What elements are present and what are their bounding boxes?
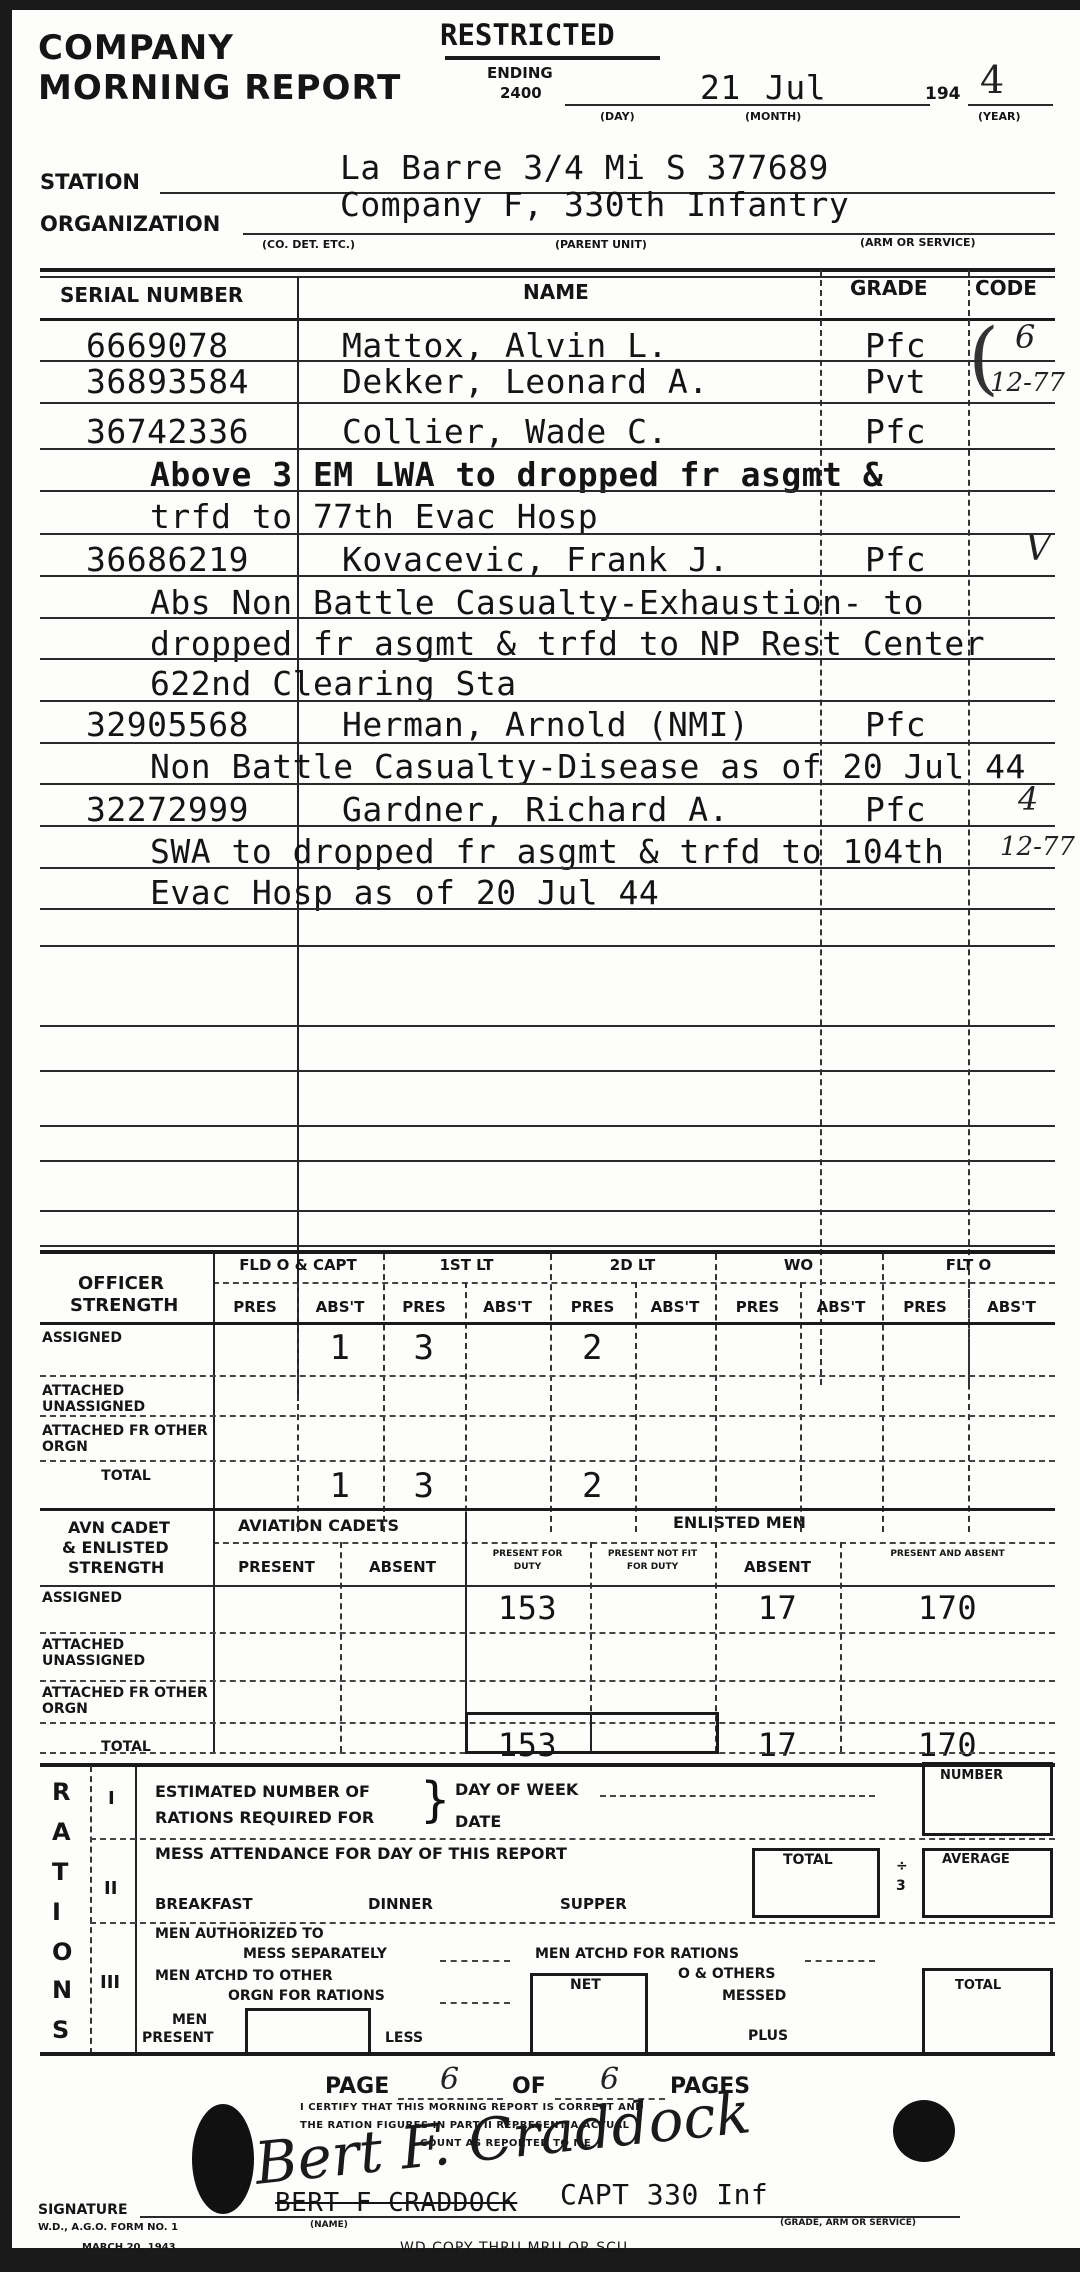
roster-rule <box>40 825 1055 827</box>
classification-stamp: RESTRICTED <box>440 18 615 52</box>
officer-subcol-header: ABS'T <box>297 1298 383 1316</box>
roster-code-1: 6 <box>1015 318 1035 356</box>
officer-row-label: TOTAL <box>42 1468 210 1484</box>
form-id-line-1: W.D., A.G.O. FORM NO. 1 <box>38 2222 178 2233</box>
enlisted-title-2: & ENLISTED <box>62 1538 169 1557</box>
roster-remark-2: trfd to 77th Evac Hosp <box>150 497 598 536</box>
rations-part-divider <box>135 1766 137 2054</box>
month-caption: (MONTH) <box>745 110 801 123</box>
men-authorized-label-1: MEN AUTHORIZED TO <box>155 1926 324 1942</box>
enlisted-row-label: TOTAL <box>42 1727 210 1755</box>
roster-rule <box>40 533 1055 535</box>
day-value: 21 <box>700 68 741 107</box>
officer-group-header: FLT O <box>882 1256 1055 1274</box>
rations-bottom-rule <box>40 2052 1055 2056</box>
supper-label: SUPPER <box>560 1895 627 1913</box>
name-caption: (NAME) <box>310 2220 348 2230</box>
officer-group-header: WO <box>715 1256 882 1274</box>
roster-rule <box>40 908 1055 910</box>
roster-rule <box>40 490 1055 492</box>
part-i-numeral: I <box>108 1788 115 1809</box>
mess-separately-line <box>440 1960 510 1962</box>
roster-code-2: 12-77 <box>990 368 1065 398</box>
roster-grade-6: Pfc <box>865 790 926 829</box>
brace-icon: } <box>420 1776 451 1824</box>
organization-value: Company F, 330th Infantry <box>340 185 849 224</box>
roster-serial-5: 32905568 <box>86 705 249 744</box>
day-of-week-line <box>600 1795 875 1797</box>
enlisted-cell: 170 <box>840 1589 1055 1627</box>
officer-cell: 3 <box>383 1466 465 1506</box>
roster-remark-5: 622nd Clearing Sta <box>150 664 517 703</box>
rations-side-letter: R <box>52 1778 70 1806</box>
mess-total-label: TOTAL <box>783 1852 833 1868</box>
roster-rule <box>40 700 1055 702</box>
officer-row-label: ASSIGNED <box>42 1330 210 1346</box>
officer-subcol-header: ABS'T <box>800 1298 882 1316</box>
roster-rule <box>40 1125 1055 1127</box>
men-atchd-rations-label: MEN ATCHD FOR RATIONS <box>535 1946 739 1962</box>
of-label: OF <box>512 2074 546 2099</box>
year-prefix: 194 <box>925 84 961 104</box>
page-label: PAGE <box>325 2074 389 2099</box>
officer-subcol-header: ABS'T <box>465 1298 550 1316</box>
officer-group-header: 1ST LT <box>383 1256 550 1274</box>
roster-grade-4: Pfc <box>865 540 926 579</box>
day-of-week-label: DAY OF WEEK <box>455 1780 578 1799</box>
mess-attendance-label: MESS ATTENDANCE FOR DAY OF THIS REPORT <box>155 1844 567 1863</box>
men-atchd-rations-line <box>805 1960 875 1962</box>
station-value: La Barre 3/4 Mi S 377689 <box>340 148 829 187</box>
enlisted-men-label: ENLISTED MEN <box>673 1513 806 1532</box>
officer-col-divider <box>635 1282 637 1532</box>
others-label-1: O & OTHERS <box>678 1966 775 1982</box>
co-det-caption: (CO. DET. ETC.) <box>262 238 355 251</box>
roster-rule <box>40 783 1055 785</box>
officer-subcol-header: PRES <box>882 1298 968 1316</box>
rations-side-letter: A <box>52 1818 71 1846</box>
form-title-line2: MORNING REPORT <box>38 68 401 108</box>
roster-remark-7: SWA to dropped fr asgmt & trfd to 104th <box>150 832 944 871</box>
ending-time-label: 2400 <box>500 84 542 102</box>
roster-name-6: Gardner, Richard A. <box>342 790 729 829</box>
officer-group-rule <box>213 1282 1055 1284</box>
officer-cell: 2 <box>550 1466 635 1506</box>
rations-side-letter: S <box>52 2016 69 2044</box>
officer-top-rule <box>40 1250 1055 1254</box>
divide-symbol: ÷ <box>896 1858 908 1874</box>
enlisted-cell: 153 <box>465 1589 590 1627</box>
officer-row-label: ATTACHED UNASSIGNED <box>42 1383 210 1415</box>
year-caption: (YEAR) <box>978 110 1021 123</box>
men-atchd-other-label-1: MEN ATCHD TO OTHER <box>155 1968 333 1984</box>
rations-side-divider <box>90 1766 92 2054</box>
rations-side-letter: I <box>52 1898 61 1926</box>
col-code: CODE <box>975 276 1037 300</box>
organization-line <box>243 233 1055 235</box>
enlisted-cell: 170 <box>840 1726 1055 1764</box>
roster-name-5: Herman, Arnold (NMI) <box>342 705 749 744</box>
others-label-2: MESSED <box>722 1988 786 2004</box>
ending-label: ENDING <box>487 64 553 82</box>
roster-name-3: Collier, Wade C. <box>342 412 668 451</box>
men-present-label-1: MEN <box>172 2012 207 2028</box>
punch-hole-left <box>192 2104 254 2214</box>
officer-col-divider <box>213 1254 215 1532</box>
officer-cell: 2 <box>550 1328 635 1368</box>
roster-remark-1: Above 3 EM LWA to dropped fr asgmt & <box>150 455 883 494</box>
rations-side-letter: N <box>52 1976 72 2004</box>
page-number: 6 <box>440 2062 459 2097</box>
copy-routing-note: WD COPY THRU MRU OR SCU <box>400 2240 628 2256</box>
roster-grade-3: Pfc <box>865 412 926 451</box>
officer-subcol-header: PRES <box>715 1298 800 1316</box>
roster-rule <box>40 1245 1055 1247</box>
enlisted-row-label: ASSIGNED <box>42 1590 210 1606</box>
officer-col-divider <box>968 1282 970 1532</box>
form-id-line-2: MARCH 20, 1943 <box>82 2242 176 2253</box>
officer-col-divider <box>800 1282 802 1532</box>
roster-rule <box>40 742 1055 744</box>
men-atchd-other-label-2: ORGN FOR RATIONS <box>228 1988 385 2004</box>
roster-rule <box>40 1025 1055 1027</box>
roster-divider-code <box>968 270 970 1385</box>
date-line <box>565 104 930 106</box>
officer-col-divider <box>882 1254 884 1532</box>
day-caption: (DAY) <box>600 110 635 123</box>
roster-serial-6: 32272999 <box>86 790 249 829</box>
roster-name-4: Kovacevic, Frank J. <box>342 540 729 579</box>
parent-unit-caption: (PARENT UNIT) <box>555 238 647 251</box>
roster-rule <box>40 360 1055 362</box>
officer-group-header: 2D LT <box>550 1256 715 1274</box>
officer-subcol-header: ABS'T <box>635 1298 715 1316</box>
enlisted-col-header: PRESENT NOT FIT FOR DUTY <box>590 1548 715 1574</box>
men-present-box[interactable] <box>245 2008 371 2056</box>
code-bracket: ( <box>968 318 999 398</box>
enlisted-col-divider <box>840 1542 842 1752</box>
enlisted-row-label: ATTACHED UNASSIGNED <box>42 1637 210 1669</box>
officer-subcol-header: ABS'T <box>968 1298 1055 1316</box>
enlisted-col-header: PRESENT FOR DUTY <box>465 1548 590 1574</box>
roster-divider-grade <box>820 270 822 1385</box>
date-label: DATE <box>455 1812 501 1831</box>
officer-header-rule <box>40 1322 1055 1325</box>
orgn-rations-line <box>440 2002 510 2004</box>
officer-row-rule <box>40 1460 1055 1462</box>
part-i-bottom-rule <box>90 1838 1055 1840</box>
roster-rule <box>40 658 1055 660</box>
roster-name-2: Dekker, Leonard A. <box>342 362 709 401</box>
roster-code-7: 12-77 <box>1000 832 1075 862</box>
officer-strength-title-2: STRENGTH <box>70 1295 178 1316</box>
roster-serial-3: 36742336 <box>86 412 249 451</box>
officer-cell: 1 <box>297 1466 383 1506</box>
roster-code-6: 4 <box>1018 780 1038 818</box>
roster-rule <box>40 1160 1055 1162</box>
roster-header-rule <box>40 318 1055 321</box>
officer-cell: 1 <box>297 1328 383 1368</box>
enlisted-row-label: ATTACHED FR OTHER ORGN <box>42 1685 210 1717</box>
page-number-line <box>398 2098 503 2100</box>
roster-rule <box>40 575 1055 577</box>
enlisted-row-rule <box>40 1680 1055 1682</box>
roster-rule <box>40 867 1055 869</box>
officer-strength-title-1: OFFICER <box>78 1273 164 1294</box>
rations-total-label: TOTAL <box>955 1978 1001 1993</box>
part-ii-numeral: II <box>104 1878 117 1899</box>
officer-col-divider <box>715 1254 717 1532</box>
grade-caption: (GRADE, ARM OR SERVICE) <box>780 2218 916 2228</box>
enlisted-cell: 17 <box>715 1589 840 1627</box>
officer-subcol-header: PRES <box>550 1298 635 1316</box>
roster-rule <box>40 945 1055 947</box>
officer-row-rule <box>40 1508 1055 1511</box>
organization-label: ORGANIZATION <box>40 212 220 236</box>
net-label: NET <box>570 1977 601 1993</box>
roster-rule <box>40 1210 1055 1212</box>
less-label: LESS <box>385 2030 423 2046</box>
divide-by-value: 3 <box>896 1878 906 1894</box>
enlisted-title-1: AVN CADET <box>68 1518 170 1537</box>
enlisted-col-header: PRESENT AND ABSENT <box>840 1548 1055 1561</box>
form-title-line1: COMPANY <box>38 28 234 68</box>
officer-subcol-header: PRES <box>383 1298 465 1316</box>
roster-rule <box>40 1070 1055 1072</box>
signature-label: SIGNATURE <box>38 2202 128 2218</box>
enlisted-header-rule <box>40 1585 1055 1587</box>
average-label: AVERAGE <box>942 1852 1010 1867</box>
col-name: NAME <box>523 280 589 304</box>
part-iii-numeral: III <box>100 1972 120 1993</box>
roster-grade-2: Pvt <box>865 362 926 401</box>
roster-serial-4: 36686219 <box>86 540 249 579</box>
enlisted-title-3: STRENGTH <box>68 1558 164 1577</box>
enlisted-col-header: ABSENT <box>715 1558 840 1576</box>
enlisted-total-present-box <box>465 1712 719 1754</box>
rations-side-letter: T <box>52 1858 68 1886</box>
enlisted-col-header: ABSENT <box>340 1558 465 1576</box>
dinner-label: DINNER <box>368 1895 433 1913</box>
col-grade: GRADE <box>850 276 928 300</box>
men-authorized-label-2: MESS SEPARATELY <box>243 1946 387 1962</box>
roster-grade-5: Pfc <box>865 705 926 744</box>
officer-row-label: ATTACHED FR OTHER ORGN <box>42 1423 210 1455</box>
officer-group-header: FLD O & CAPT <box>213 1256 383 1274</box>
plus-label: PLUS <box>748 2028 788 2044</box>
breakfast-label: BREAKFAST <box>155 1895 253 1913</box>
signer-rank-unit: CAPT 330 Inf <box>560 2178 768 2211</box>
roster-rule <box>40 448 1055 450</box>
officer-cell: 3 <box>383 1328 465 1368</box>
officer-col-divider <box>465 1282 467 1532</box>
signer-typed-name: BERT F CRADDOCK <box>275 2188 517 2218</box>
station-label: STATION <box>40 170 140 194</box>
enlisted-col-header: PRESENT <box>213 1558 340 1576</box>
punch-hole-right <box>893 2100 955 2162</box>
officer-row-rule <box>40 1375 1055 1377</box>
enlisted-row-rule <box>40 1632 1055 1634</box>
officer-subcol-header: PRES <box>213 1298 297 1316</box>
aviation-cadets-label: AVIATION CADETS <box>238 1516 399 1535</box>
year-value: 4 <box>980 58 1004 102</box>
roster-rule <box>40 617 1055 619</box>
month-value: Jul <box>765 68 826 107</box>
officer-row-rule <box>40 1415 1055 1417</box>
roster-remark-8: Evac Hosp as of 20 Jul 44 <box>150 873 659 912</box>
rations-side-letter: O <box>52 1938 72 1966</box>
classification-underline <box>445 56 660 60</box>
men-present-label-2: PRESENT <box>142 2030 214 2046</box>
enlisted-cell: 17 <box>715 1726 840 1764</box>
year-line <box>968 104 1053 106</box>
enlisted-total-box-divider <box>590 1712 592 1750</box>
estimated-rations-label-2: RATIONS REQUIRED FOR <box>155 1808 374 1827</box>
arm-service-caption: (ARM OR SERVICE) <box>860 236 976 249</box>
roster-serial-2: 36893584 <box>86 362 249 401</box>
number-box-label: NUMBER <box>940 1768 1003 1783</box>
part-ii-bottom-rule <box>90 1922 1055 1924</box>
roster-rule <box>40 402 1055 404</box>
roster-remark-6: Non Battle Casualty-Disease as of 20 Jul… <box>150 747 1026 786</box>
roster-top-rule <box>40 268 1055 272</box>
col-serial-number: SERIAL NUMBER <box>60 283 243 307</box>
estimated-rations-label-1: ESTIMATED NUMBER OF <box>155 1782 370 1801</box>
